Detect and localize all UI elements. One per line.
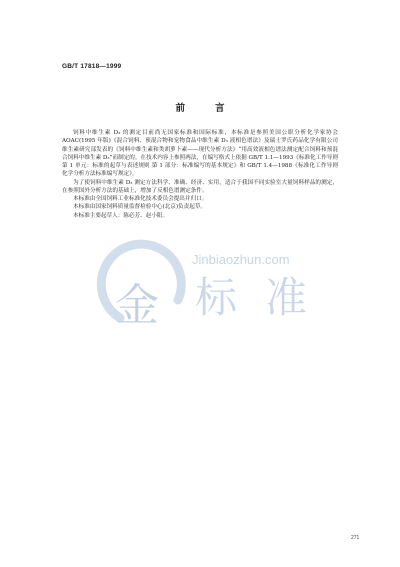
paragraph: 饲料中维生素 D₃ 的测定目前尚无国家标准和国际标准，本标准是参照美国公职分析化…: [62, 129, 338, 179]
paragraph: 本标准主要起草人：陈必芳、赵小阳。: [62, 212, 338, 220]
paragraph: 本标准由国家饲料质量监督检验中心(北京)负责起草。: [62, 203, 338, 211]
watermark: 金 Jinbiaozhun.com 标准: [0, 0, 400, 567]
paragraph: 为了使饲料中维生素 D₃ 测定方法科学、准确、经济、实用，适合于我国不同实验室大…: [62, 179, 338, 196]
watermark-url: Jinbiaozhun.com: [192, 252, 290, 267]
watermark-text: 标准: [195, 265, 335, 325]
page-title: 前言: [0, 100, 400, 114]
paragraph: 本标准由全国饲料工业标准化技术委员会提出并归口。: [62, 195, 338, 203]
standard-code: GB/T 17818—1999: [62, 63, 121, 70]
svg-text:金: 金: [115, 280, 159, 331]
foreword-body: 饲料中维生素 D₃ 的测定目前尚无国家标准和国际标准，本标准是参照美国公职分析化…: [62, 129, 338, 220]
page-number: 271: [351, 535, 359, 541]
watermark-logo-icon: 金: [0, 0, 400, 567]
